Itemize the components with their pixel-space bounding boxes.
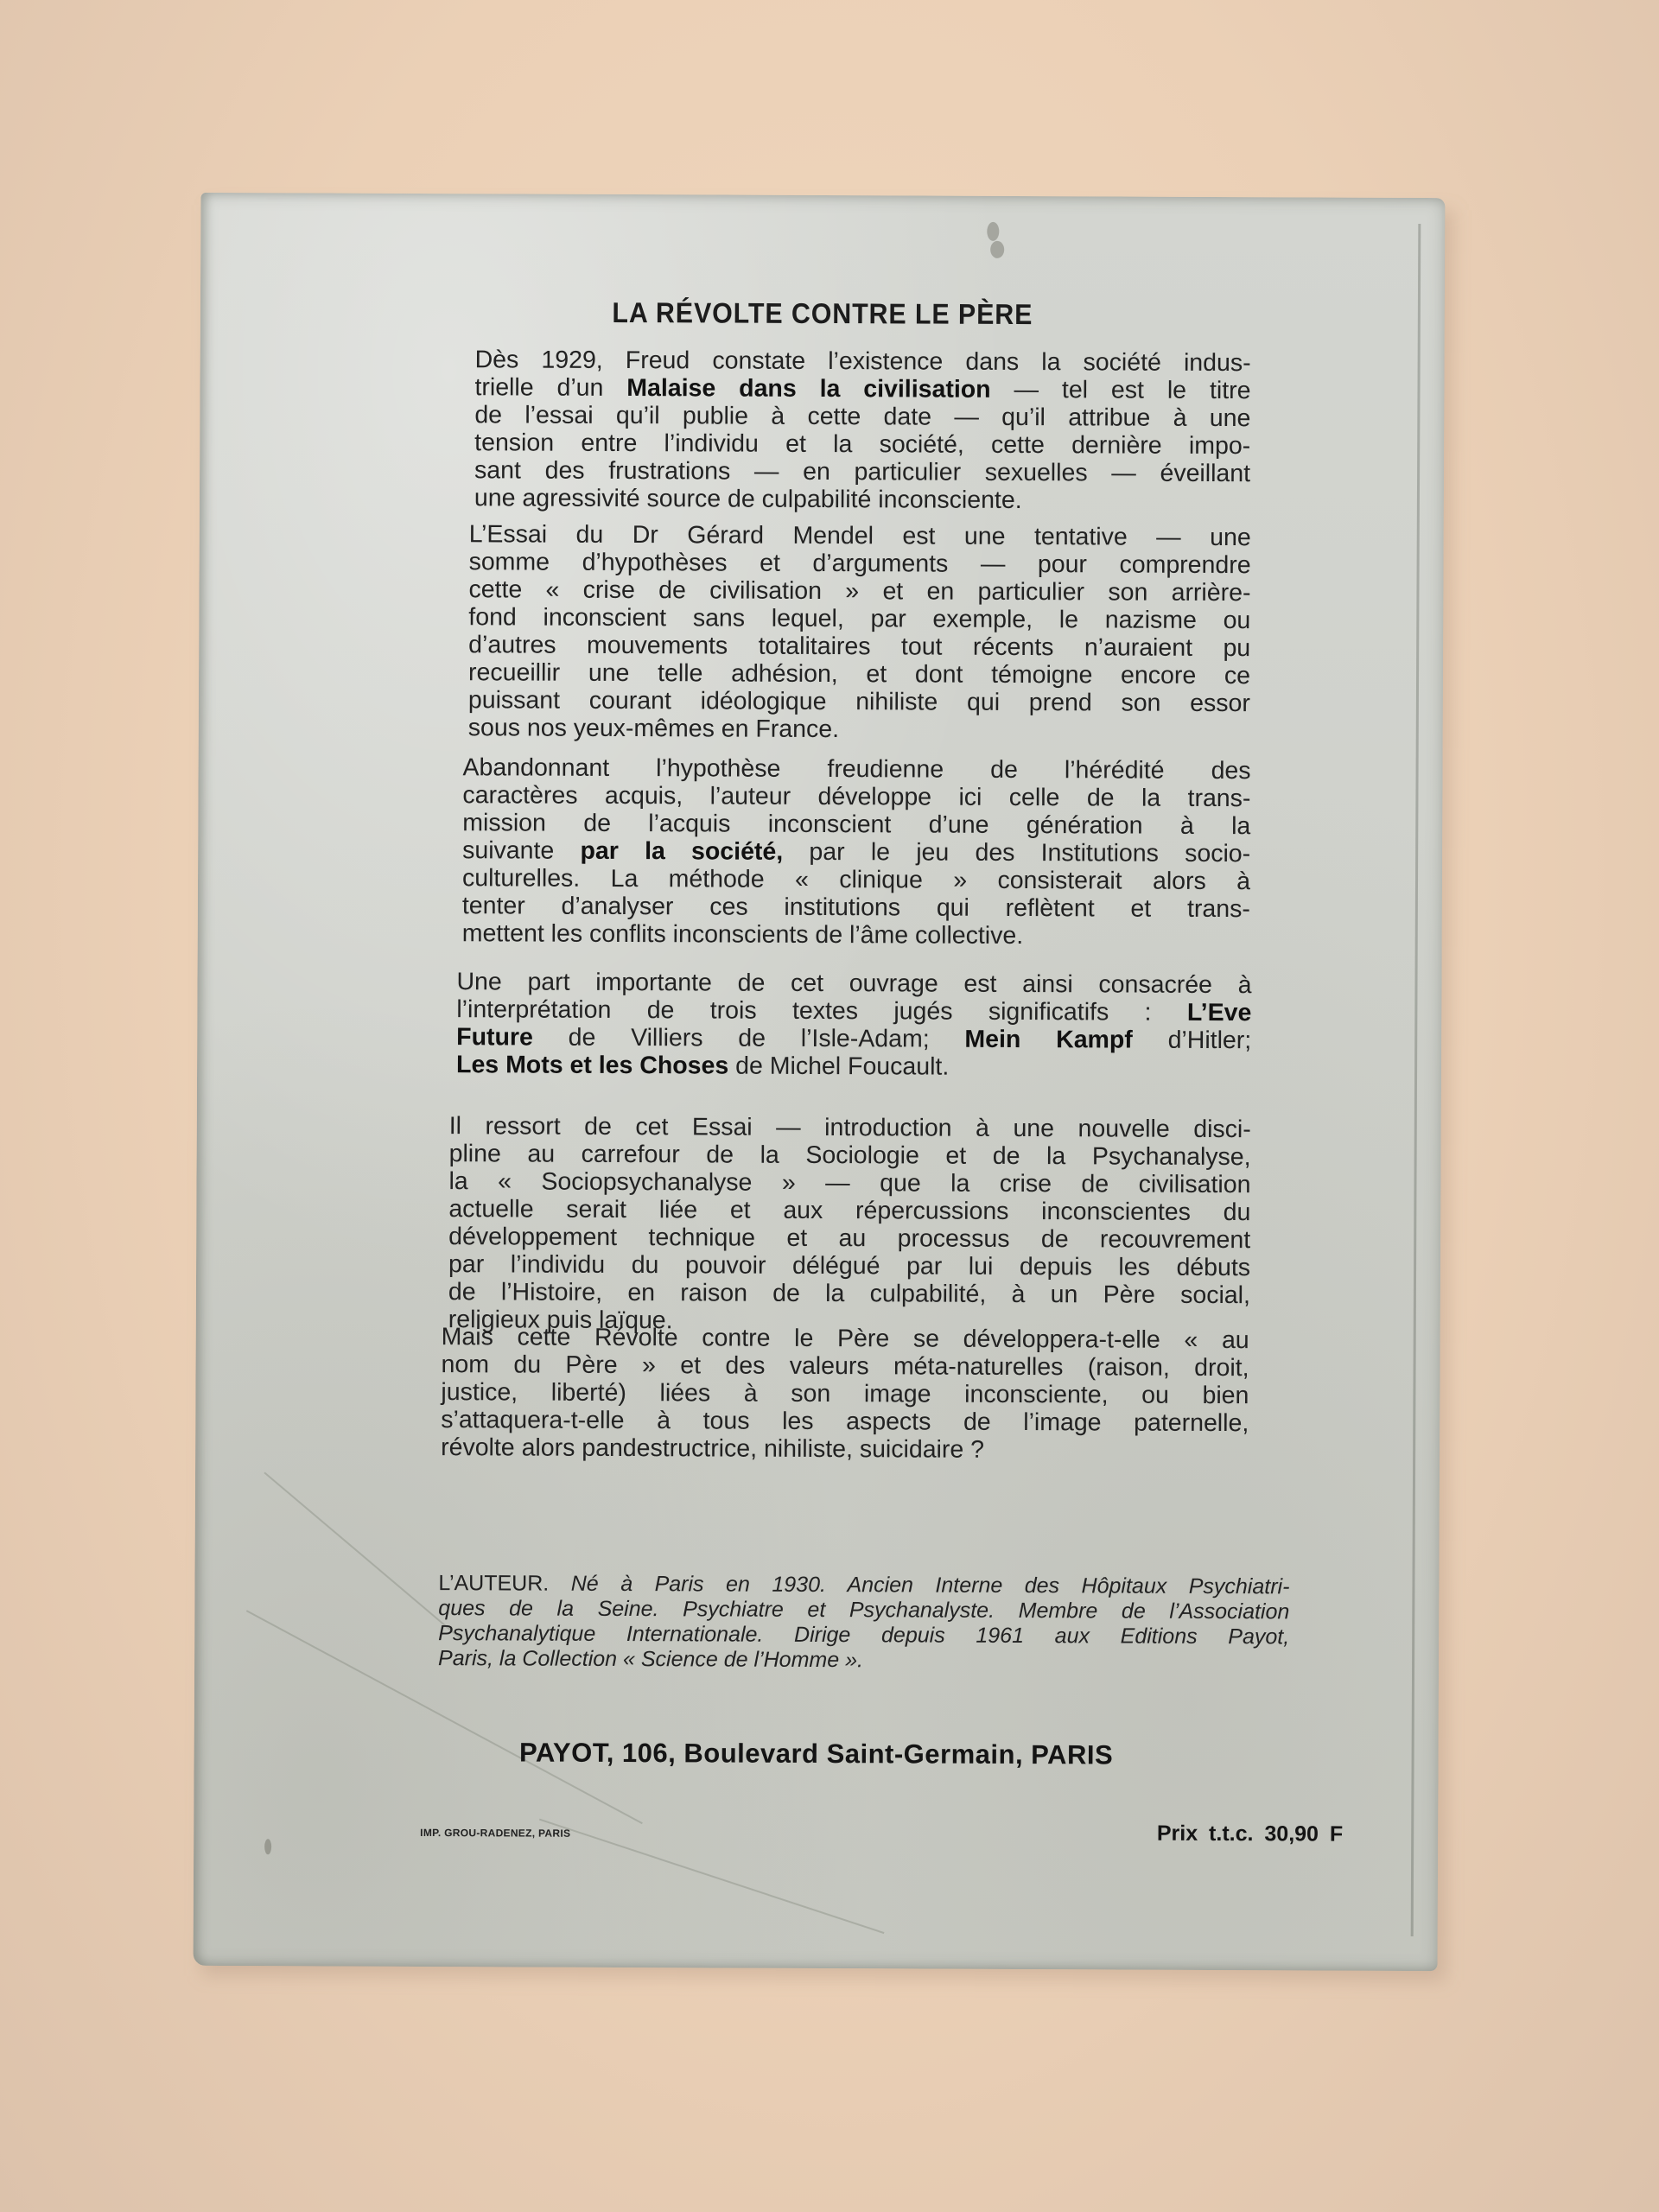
text-run: culturelles. La méthode « clinique » con… — [462, 864, 1250, 895]
blurb-line: Il ressort de cet Essai — introduction à… — [449, 1112, 1251, 1143]
text-run: de l’Histoire, en raison de la culpabili… — [448, 1278, 1250, 1309]
text-run: Mais cette Révolte contre le Père se dév… — [442, 1323, 1249, 1354]
price-label: Prix t.t.c. 30,90 F — [1157, 1821, 1343, 1847]
blurb-line: révolte alors pandestructrice, nihiliste… — [441, 1433, 1249, 1465]
text-run: ques de la Seine. Psychiatre et Psychana… — [438, 1596, 1289, 1624]
blurb-paragraph: Mais cette Révolte contre le Père se dév… — [441, 1323, 1249, 1465]
blurb-line: caractères acquis, l’auteur développe ic… — [462, 781, 1250, 812]
cover-fold-edge — [1411, 224, 1421, 1936]
blurb-line: pline au carrefour de la Sociologie et d… — [449, 1140, 1251, 1171]
text-run: cette « crise de civilisation » et en pa… — [468, 575, 1250, 607]
blurb-line: par l’individu du pouvoir délégué par lu… — [448, 1250, 1250, 1281]
cover-title: LA RÉVOLTE CONTRE LE PÈRE — [250, 295, 1395, 333]
blurb-paragraph: Dès 1929, Freud constate l’existence dan… — [474, 346, 1251, 515]
text-run: justice, liberté) liées à son image inco… — [441, 1378, 1249, 1409]
text-run: d’autres mouvements totalitaires tout ré… — [468, 631, 1250, 662]
blurb-line: de l’essai qu’il publie à cette date — q… — [474, 401, 1250, 432]
blurb-line: fond inconscient sans lequel, par exempl… — [468, 603, 1250, 634]
text-run: Paris, la Collection « Science de l’Homm… — [438, 1646, 863, 1672]
text-run: tenter d’analyser ces institutions qui r… — [462, 892, 1250, 923]
blurb-line: somme d’hypothèses et d’arguments — pour… — [469, 548, 1251, 579]
blurb-paragraph: Une part importante de cet ouvrage est a… — [456, 968, 1252, 1082]
blurb-paragraph: Abandonnant l’hypothèse freudienne de l’… — [462, 753, 1251, 950]
text-run: pline au carrefour de la Sociologie et d… — [449, 1140, 1251, 1171]
text-run: caractères acquis, l’auteur développe ic… — [462, 781, 1250, 812]
blurb-line: cette « crise de civilisation » et en pa… — [468, 575, 1250, 607]
ink-stain — [264, 1839, 271, 1854]
text-run: par le jeu des Institutions socio- — [783, 838, 1250, 868]
author-note-line: Paris, la Collection « Science de l’Homm… — [438, 1646, 1289, 1675]
blurb-line: Dès 1929, Freud constate l’existence dan… — [475, 346, 1251, 377]
blurb-line: Une part importante de cet ouvrage est a… — [456, 968, 1251, 999]
blurb-line: de l’Histoire, en raison de la culpabili… — [448, 1278, 1250, 1309]
text-run: Une part importante de cet ouvrage est a… — [456, 968, 1251, 999]
text-run: L’Essai du Dr Gérard Mendel est une tent… — [469, 520, 1251, 551]
text-run: somme d’hypothèses et d’arguments — pour… — [469, 548, 1251, 579]
blurb-line: sous nos yeux-mêmes en France. — [468, 714, 1250, 745]
bold-title-reference: par la société, — [580, 837, 783, 866]
blurb-line: Mais cette Révolte contre le Père se dév… — [442, 1323, 1249, 1354]
text-run: suivante — [462, 836, 581, 865]
book-back-cover: LA RÉVOLTE CONTRE LE PÈRE Dès 1929, Freu… — [194, 193, 1446, 1971]
text-run: Abandonnant l’hypothèse freudienne de l’… — [463, 753, 1251, 785]
blurb-line: d’autres mouvements totalitaires tout ré… — [468, 631, 1250, 662]
publisher-address: PAYOT, 106, Boulevard Saint-Germain, PAR… — [194, 1736, 1439, 1772]
blurb-paragraph: L’Essai du Dr Gérard Mendel est une tent… — [468, 520, 1251, 745]
text-run: Il ressort de cet Essai — introduction à… — [449, 1112, 1251, 1143]
blurb-line: s’attaquera-t-elle à tous les aspects de… — [441, 1406, 1249, 1437]
text-run: Psychanalytique Internationale. Dirige d… — [438, 1621, 1289, 1649]
blurb-line: nom du Père » et des valeurs méta-nature… — [441, 1351, 1249, 1382]
bold-title-reference: L’Eve — [1187, 999, 1252, 1027]
text-run: par l’individu du pouvoir délégué par lu… — [448, 1250, 1250, 1281]
blurb-line: trielle d’un Malaise dans la civilisatio… — [474, 373, 1250, 404]
cover-crease — [264, 1471, 462, 1640]
blurb-line: justice, liberté) liées à son image inco… — [441, 1378, 1249, 1409]
text-run: mission de l’acquis inconscient d’une gé… — [462, 809, 1250, 840]
bold-title-reference: Mein Kampf — [964, 1026, 1133, 1054]
bold-title-reference: Future — [456, 1023, 533, 1051]
blurb-line: tension entre l’individu et la société, … — [474, 429, 1250, 460]
text-run: s’attaquera-t-elle à tous les aspects de… — [441, 1406, 1249, 1437]
printer-imprint: IMP. GROU-RADENEZ, PARIS — [420, 1827, 570, 1840]
text-run: sous nos yeux-mêmes en France. — [468, 714, 839, 743]
text-run: mettent les conflits inconscients de l’â… — [462, 919, 1024, 950]
blurb-line: puissant courant idéologique nihiliste q… — [468, 686, 1250, 717]
text-run: trielle d’un — [474, 373, 626, 402]
blurb-line: l’interprétation de trois textes jugés s… — [456, 995, 1251, 1027]
text-run: révolte alors pandestructrice, nihiliste… — [441, 1433, 984, 1464]
blurb-line: L’Essai du Dr Gérard Mendel est une tent… — [469, 520, 1251, 551]
text-run: actuelle serait liée et aux répercussion… — [448, 1195, 1250, 1226]
bold-title-reference: Malaise dans la civilisation — [626, 374, 990, 404]
bold-title-reference: Les Mots et les Choses — [456, 1051, 728, 1079]
text-run: puissant courant idéologique nihiliste q… — [468, 686, 1250, 717]
text-run: tension entre l’individu et la société, … — [474, 429, 1250, 460]
cover-crease — [539, 1819, 885, 1934]
text-run: développement technique et au processus … — [448, 1223, 1250, 1254]
text-run: de l’essai qu’il publie à cette date — q… — [474, 401, 1250, 432]
text-run: Dès 1929, Freud constate l’existence dan… — [475, 346, 1251, 377]
text-run: de Villiers de l’Isle-Adam; — [533, 1024, 965, 1053]
blurb-line: tenter d’analyser ces institutions qui r… — [462, 892, 1250, 923]
blurb-line: Les Mots et les Choses de Michel Foucaul… — [456, 1051, 1251, 1082]
text-run: Né à Paris en 1930. Ancien Interne des H… — [571, 1572, 1290, 1599]
author-label: L’AUTEUR. — [438, 1571, 570, 1596]
blurb-body: Dès 1929, Freud constate l’existence dan… — [200, 193, 1445, 198]
blurb-line: actuelle serait liée et aux répercussion… — [448, 1195, 1250, 1226]
text-run: nom du Père » et des valeurs méta-nature… — [441, 1351, 1249, 1382]
ink-stain — [987, 222, 999, 241]
text-run: fond inconscient sans lequel, par exempl… — [468, 603, 1250, 634]
author-note-line: ques de la Seine. Psychiatre et Psychana… — [438, 1596, 1289, 1624]
blurb-line: la « Sociopsychanalyse » — que la crise … — [448, 1167, 1250, 1198]
blurb-line: Future de Villiers de l’Isle-Adam; Mein … — [456, 1023, 1251, 1054]
text-run: sant des frustrations — en particulier s… — [474, 456, 1250, 487]
text-run: — tel est le titre — [991, 376, 1251, 404]
blurb-line: Abandonnant l’hypothèse freudienne de l’… — [463, 753, 1251, 785]
blurb-paragraph: Il ressort de cet Essai — introduction à… — [448, 1112, 1251, 1337]
text-run: d’Hitler; — [1133, 1027, 1252, 1055]
blurb-line: suivante par la société, par le jeu des … — [462, 836, 1250, 868]
blurb-line: mission de l’acquis inconscient d’une gé… — [462, 809, 1250, 840]
blurb-line: une agressivité source de culpabilité in… — [474, 484, 1250, 515]
ink-stain — [990, 241, 1004, 258]
blurb-line: recueillir une telle adhésion, et dont t… — [468, 658, 1250, 690]
text-run: une agressivité source de culpabilité in… — [474, 484, 1022, 514]
author-note-line: Psychanalytique Internationale. Dirige d… — [438, 1621, 1289, 1649]
author-note-line: L’AUTEUR. Né à Paris en 1930. Ancien Int… — [438, 1571, 1289, 1599]
blurb-line: développement technique et au processus … — [448, 1223, 1250, 1254]
blurb-line: culturelles. La méthode « clinique » con… — [462, 864, 1250, 895]
author-note: L’AUTEUR. Né à Paris en 1930. Ancien Int… — [438, 1571, 1289, 1675]
text-run: l’interprétation de trois textes jugés s… — [456, 995, 1187, 1027]
text-run: recueillir une telle adhésion, et dont t… — [468, 658, 1250, 690]
blurb-line: sant des frustrations — en particulier s… — [474, 456, 1250, 487]
blurb-line: mettent les conflits inconscients de l’â… — [462, 919, 1250, 950]
text-run: de Michel Foucault. — [728, 1052, 949, 1081]
text-run: la « Sociopsychanalyse » — que la crise … — [448, 1167, 1250, 1198]
